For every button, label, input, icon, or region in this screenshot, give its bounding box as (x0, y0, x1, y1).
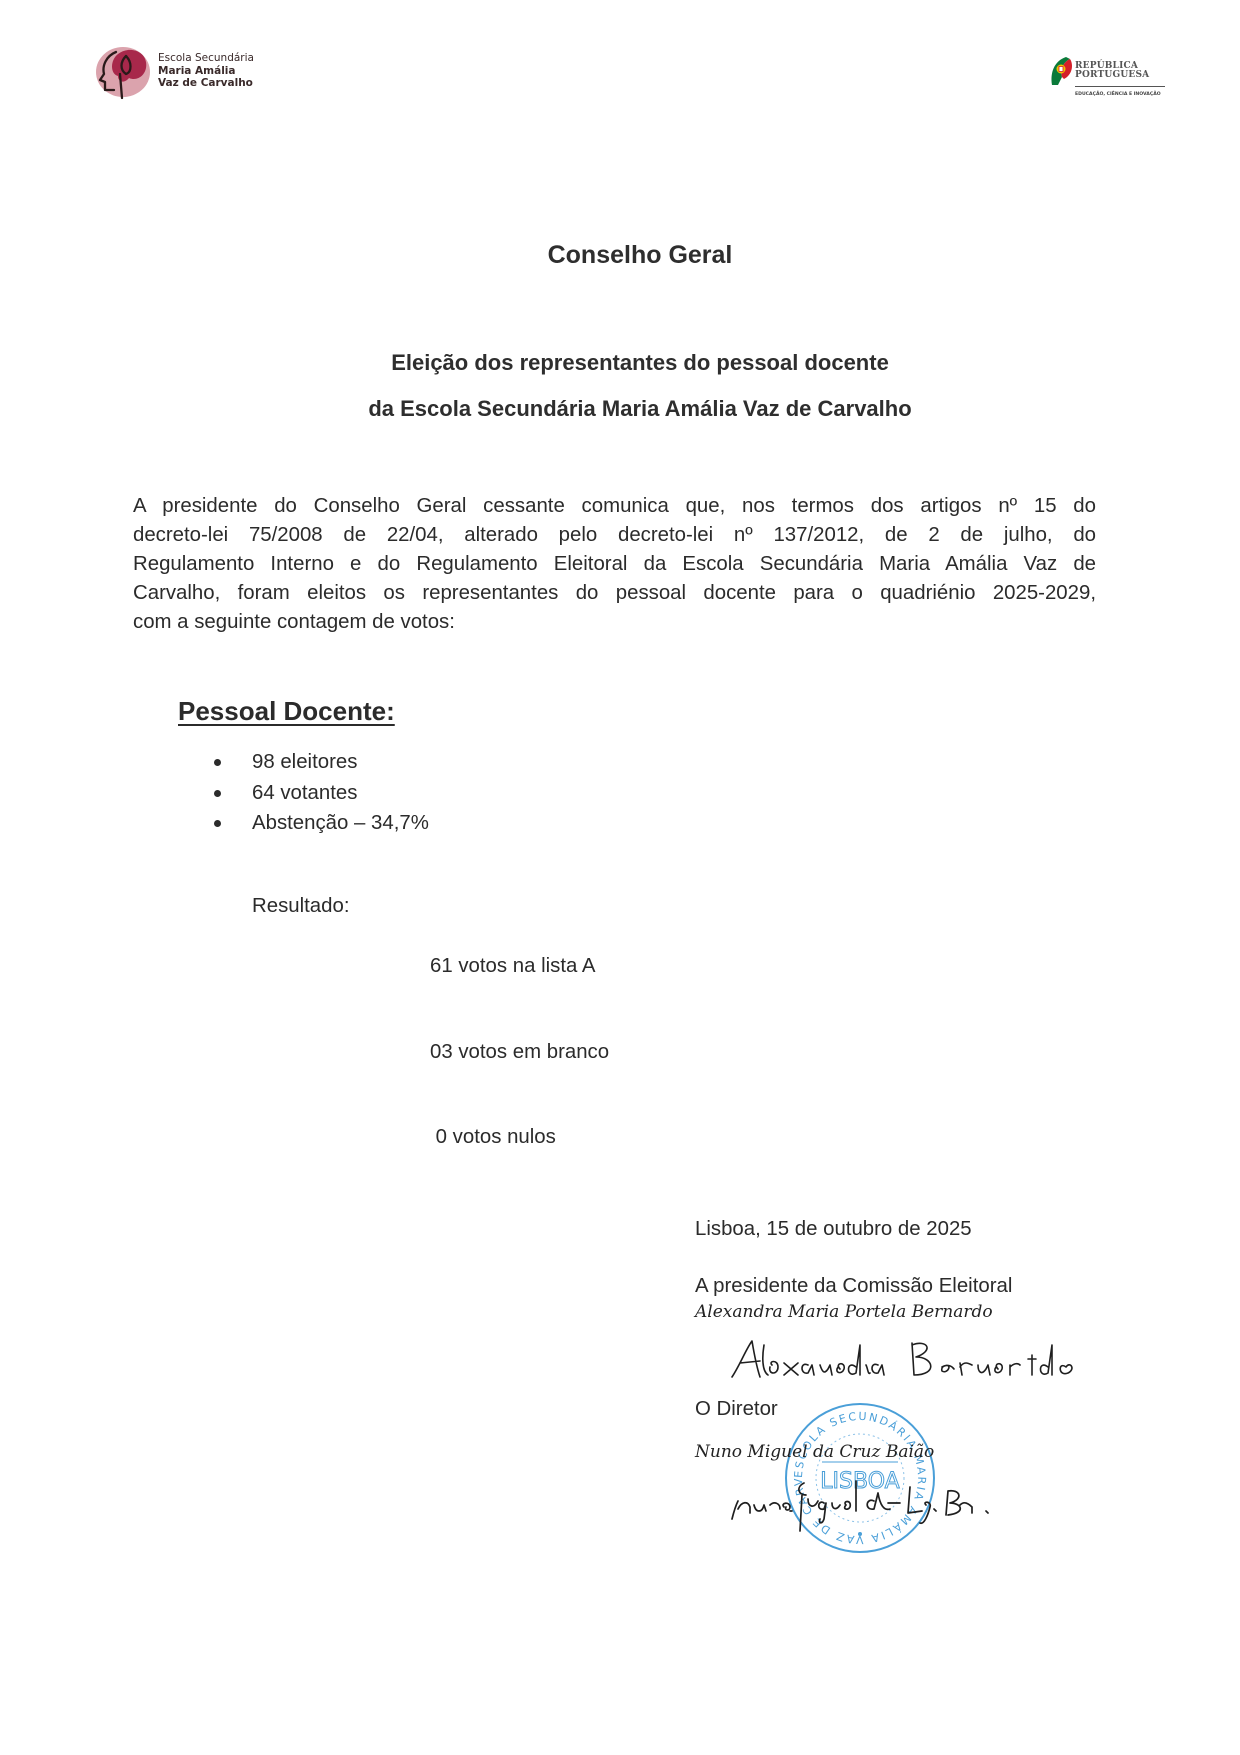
school-name-line-3: Vaz de Carvalho (158, 77, 254, 90)
paragraph-line: A presidente do Conselho Geral cessante … (133, 492, 1096, 521)
bullet-icon (214, 790, 221, 797)
result-blank: 03 votos em branco (430, 1038, 609, 1067)
bullet-icon (214, 820, 221, 827)
school-name-line-1: Escola Secundária (158, 52, 254, 65)
signature-icon (728, 1475, 1008, 1535)
paragraph-line: com a seguinte contagem de votos: (133, 608, 1096, 637)
republic-name-line-2: PORTUGUESA (1075, 71, 1149, 80)
stat-voters-registered: 98 eleitores (252, 751, 357, 773)
list-item: 98 eleitores (214, 747, 429, 778)
president-signature (728, 1335, 1088, 1390)
ministry-name: EDUCAÇÃO, CIÊNCIA E INOVAÇÃO (1075, 92, 1161, 97)
document-subtitle-line-1: Eleição dos representantes do pessoal do… (0, 350, 1240, 376)
director-name: Nuno Miguel da Cruz Baião (695, 1442, 934, 1462)
school-name-line-2: Maria Amália (158, 65, 254, 78)
section-heading: Pessoal Docente: (178, 696, 395, 727)
result-values: 61 votos na lista A 03 votos em branco 0… (430, 895, 609, 1180)
school-logo-icon (96, 44, 156, 104)
director-label: O Diretor (695, 1398, 778, 1421)
paragraph-line: Carvalho, foram eleitos os representante… (133, 579, 1096, 608)
signature-icon (728, 1335, 1088, 1385)
stat-abstention: Abstenção – 34,7% (252, 812, 429, 834)
bullet-icon (214, 759, 221, 766)
stat-voters-cast: 64 votantes (252, 782, 357, 804)
president-label: A presidente da Comissão Eleitoral (695, 1275, 1012, 1298)
paragraph-line: decreto-lei 75/2008 de 22/04, alterado p… (133, 521, 1096, 550)
director-signature (728, 1475, 1008, 1540)
place-date: Lisboa, 15 de outubro de 2025 (695, 1218, 972, 1241)
document-title: Conselho Geral (0, 241, 1240, 270)
logo-divider (1075, 86, 1165, 87)
government-logo: REPÚBLICA PORTUGUESA EDUCAÇÃO, CIÊNCIA E… (1048, 55, 1178, 107)
result-list-a: 61 votos na lista A (430, 952, 609, 981)
document-subtitle-line-2: da Escola Secundária Maria Amália Vaz de… (0, 396, 1240, 422)
announcement-paragraph: A presidente do Conselho Geral cessante … (133, 492, 1096, 637)
result-label: Resultado: (252, 895, 349, 918)
president-name: Alexandra Maria Portela Bernardo (695, 1302, 993, 1322)
list-item: Abstenção – 34,7% (214, 808, 429, 839)
school-logo: Escola Secundária Maria Amália Vaz de Ca… (96, 44, 276, 104)
list-item: 64 votantes (214, 778, 429, 809)
paragraph-line: Regulamento Interno e do Regulamento Ele… (133, 550, 1096, 579)
portuguese-flag-icon (1048, 55, 1074, 89)
statistics-list: 98 eleitores 64 votantes Abstenção – 34,… (214, 747, 429, 839)
result-null: 0 votos nulos (430, 1123, 609, 1152)
